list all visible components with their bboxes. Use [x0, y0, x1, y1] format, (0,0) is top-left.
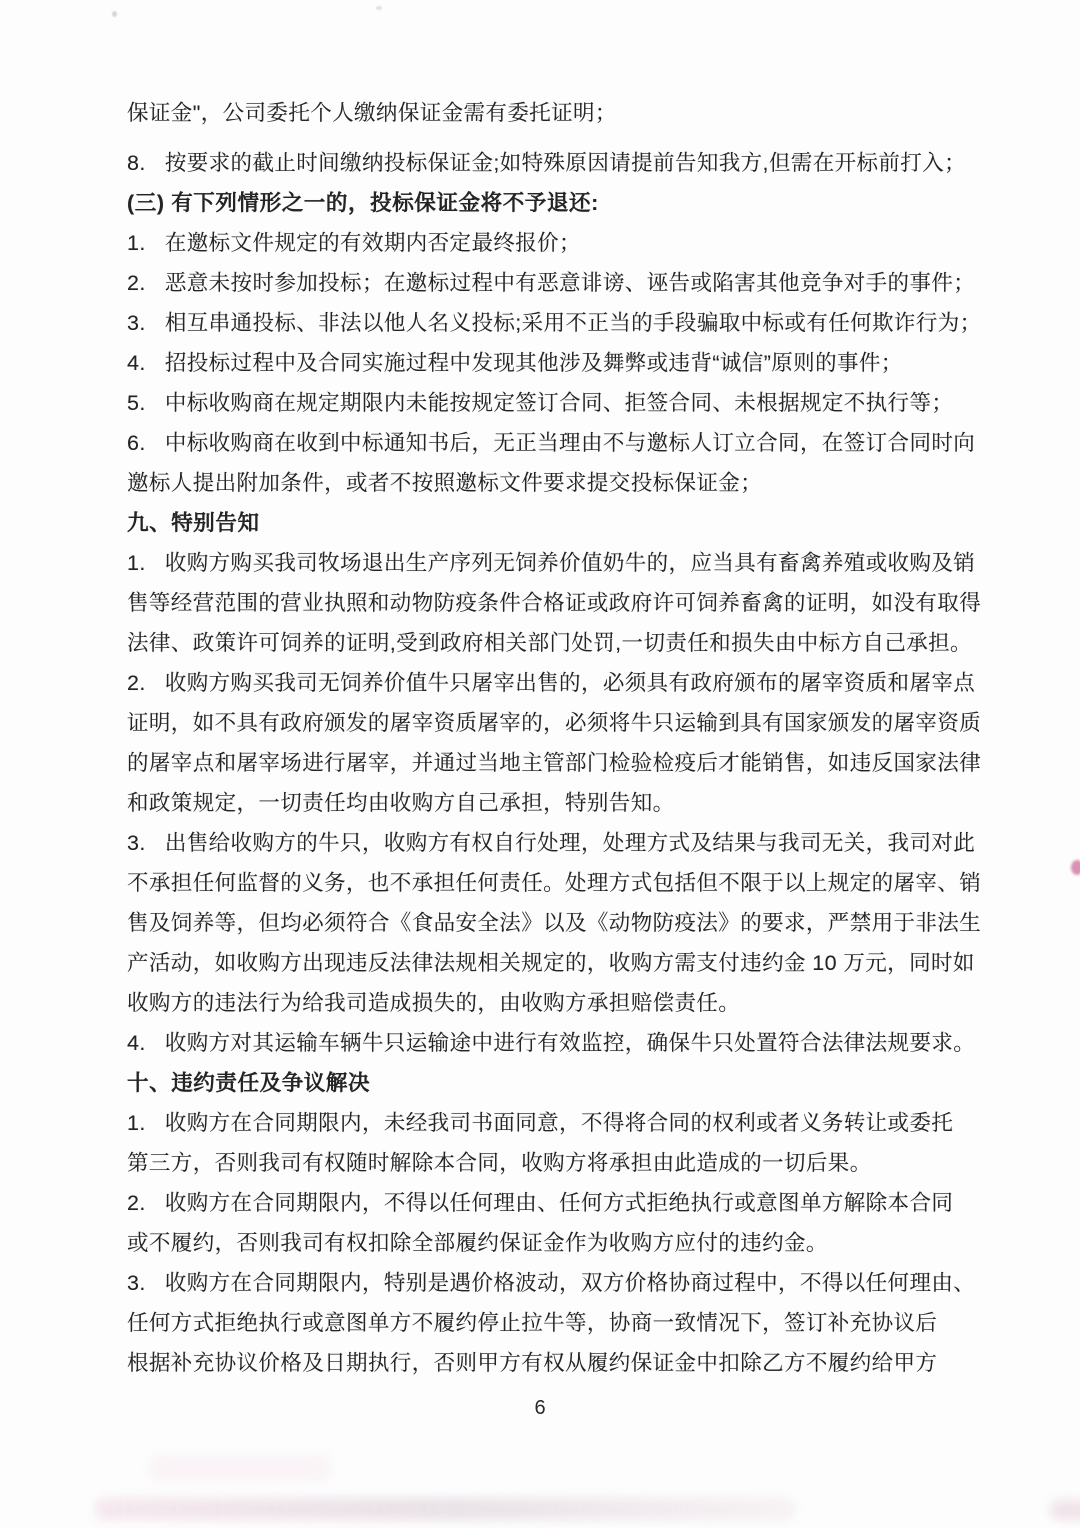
doc-line: 法律、政策许可饲养的证明,受到政府相关部门处罚,一切责任和损失由中标方自己承担。 [127, 623, 959, 663]
doc-line: 8. 按要求的截止时间缴纳投标保证金;如特殊原因请提前告知我方,但需在开标前打入… [127, 143, 959, 183]
doc-line: 售及饲养等，但均必须符合《食品安全法》以及《动物防疫法》的要求，严禁用于非法生 [127, 903, 959, 943]
doc-line: 的屠宰点和屠宰场进行屠宰，并通过当地主管部门检验检疫后才能销售，如违反国家法律 [127, 743, 959, 783]
page-number: 6 [0, 1394, 1080, 1422]
doc-line: 不承担任何监督的义务，也不承担任何责任。处理方式包括但不限于以上规定的屠宰、销 [127, 863, 959, 903]
doc-line: 4. 招投标过程中及合同实施过程中发现其他涉及舞弊或违背“诚信”原则的事件； [127, 343, 959, 383]
doc-line: 3. 收购方在合同期限内，特别是遇价格波动，双方价格协商过程中，不得以任何理由、 [127, 1263, 959, 1303]
doc-line: 3. 相互串通投标、非法以他人名义投标;采用不正当的手段骗取中标或有任何欺诈行为… [127, 303, 959, 343]
doc-line: 售等经营范围的营业执照和动物防疫条件合格证或政府许可饲养畜禽的证明，如没有取得 [127, 583, 959, 623]
scan-smudge [95, 1498, 795, 1520]
document-body: 保证金"，公司委托个人缴纳保证金需有委托证明； 8. 按要求的截止时间缴纳投标保… [127, 93, 959, 1383]
doc-line: 收购方的违法行为给我司造成损失的，由收购方承担赔偿责任。 [127, 983, 959, 1023]
doc-line: 和政策规定，一切责任均由收购方自己承担，特别告知。 [127, 783, 959, 823]
doc-line: 1. 收购方购买我司牧场退出生产序列无饲养价值奶牛的，应当具有畜禽养殖或收购及销 [127, 543, 959, 583]
scan-speck [112, 11, 117, 17]
doc-line: 4. 收购方对其运输车辆牛只运输途中进行有效监控，确保牛只处置符合法律法规要求。 [127, 1023, 959, 1063]
doc-line: 2. 恶意未按时参加投标；在邀标过程中有恶意诽谤、诬告或陷害其他竞争对手的事件； [127, 263, 959, 303]
document-page: 保证金"，公司委托个人缴纳保证金需有委托证明； 8. 按要求的截止时间缴纳投标保… [0, 0, 1080, 1528]
doc-line: 证明，如不具有政府颁发的屠宰资质屠宰的，必须将牛只运输到具有国家颁发的屠宰资质 [127, 703, 959, 743]
doc-line: 任何方式拒绝执行或意图单方不履约停止拉牛等，协商一致情况下，签订补充协议后 [127, 1303, 959, 1343]
doc-line: 1. 在邀标文件规定的有效期内否定最终报价； [127, 223, 959, 263]
doc-line: 产活动，如收购方出现违反法律法规相关规定的，收购方需支付违约金 10 万元，同时… [127, 943, 959, 983]
doc-line: 1. 收购方在合同期限内，未经我司书面同意，不得将合同的权利或者义务转让或委托 [127, 1103, 959, 1143]
seal-fragment-mark [1071, 860, 1080, 875]
doc-line: 邀标人提出附加条件，或者不按照邀标文件要求提交投标保证金； [127, 463, 959, 503]
doc-line: 保证金"，公司委托个人缴纳保证金需有委托证明； [127, 93, 959, 133]
scan-smudge [150, 1455, 330, 1481]
doc-line: 3. 出售给收购方的牛只，收购方有权自行处理，处理方式及结果与我司无关，我司对此 [127, 823, 959, 863]
doc-line: 或不履约，否则我司有权扣除全部履约保证金作为收购方应付的违约金。 [127, 1223, 959, 1263]
doc-line: 2. 收购方购买我司无饲养价值牛只屠宰出售的，必须具有政府颁布的屠宰资质和屠宰点 [127, 663, 959, 703]
doc-line: 根据补充协议价格及日期执行，否则甲方有权从履约保证金中扣除乙方不履约给甲方 [127, 1343, 959, 1383]
section-heading: 九、特别告知 [127, 503, 959, 543]
doc-line: 2. 收购方在合同期限内，不得以任何理由、任何方式拒绝执行或意图单方解除本合同 [127, 1183, 959, 1223]
doc-line: 5. 中标收购商在规定期限内未能按规定签订合同、拒签合同、未根据规定不执行等； [127, 383, 959, 423]
section-heading: 十、违约责任及争议解决 [127, 1063, 959, 1103]
doc-line: 第三方，否则我司有权随时解除本合同，收购方将承担由此造成的一切后果。 [127, 1143, 959, 1183]
scan-speck [376, 6, 382, 10]
scan-smudge [1050, 1500, 1080, 1520]
doc-line: 6. 中标收购商在收到中标通知书后，无正当理由不与邀标人订立合同，在签订合同时向 [127, 423, 959, 463]
section-heading: (三) 有下列情形之一的，投标保证金将不予退还: [127, 183, 959, 223]
